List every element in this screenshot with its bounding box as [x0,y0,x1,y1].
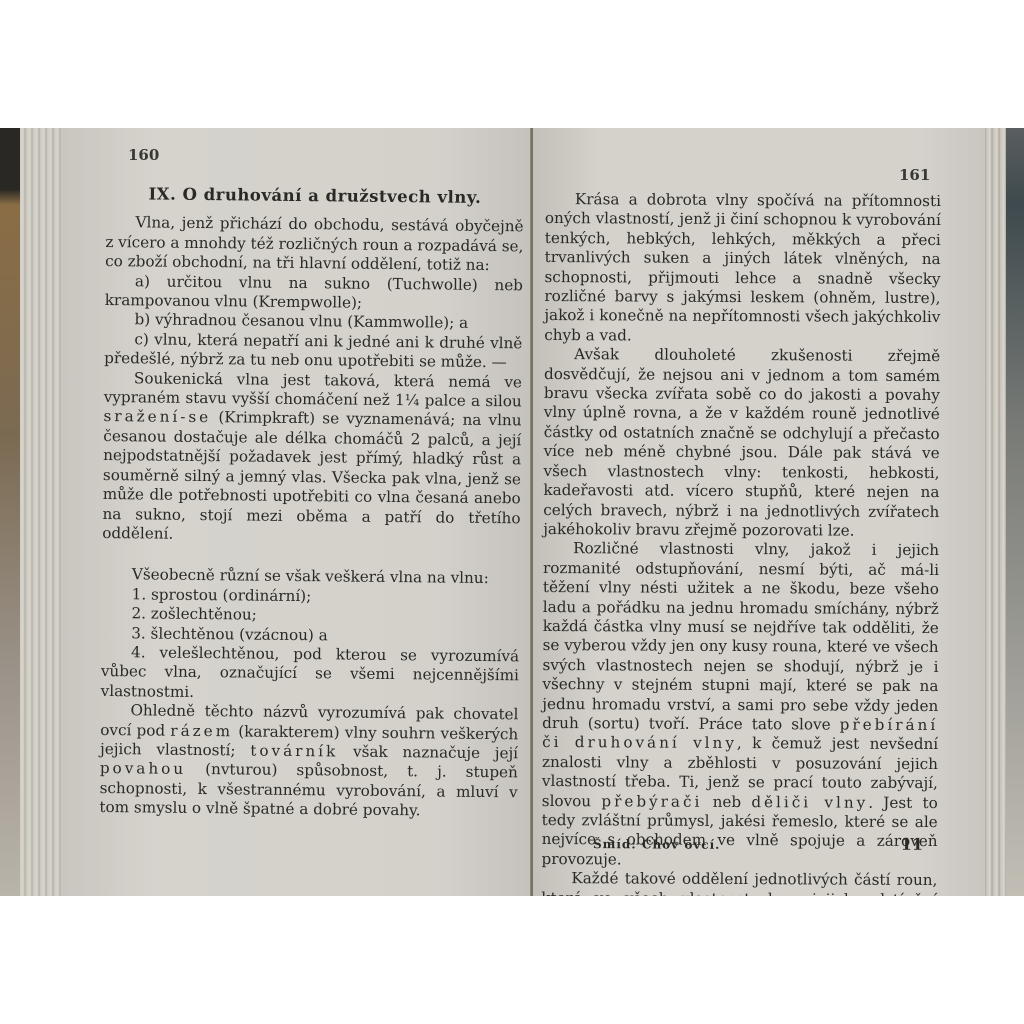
emphasis-term: rázem [170,721,233,740]
emphasis-term: přebýrači [601,792,702,811]
book-photo: 160 IX. O druhování a družstvech vlny. V… [0,128,1024,896]
page-number: 160 [128,146,159,164]
paragraph: Soukenická vlna jest taková, která nemá … [102,369,522,548]
paragraph: Vlna, jenž přichází do obchodu, sestává … [105,213,524,276]
paragraph: Ohledně těchto názvů vyrozumívá pak chov… [99,701,518,822]
chapter-heading: IX. O druhování a družstvech vlny. [106,184,524,208]
list-item: a) určitou vlnu na sukno (Tuchwolle) neb… [105,272,523,315]
left-page-text: IX. O druhování a družstvech vlny. Vlna,… [99,184,524,822]
list-item: 4. velešlechtěnou, pod kterou se vyrozum… [101,643,520,706]
right-page-text: Krása a dobrota vlny spočívá na přítomno… [541,190,941,896]
signature-mark: Šmíd: Chov ovcí. [593,837,720,852]
paragraph: Rozličné vlastnosti vlny, jakož i jejich… [541,539,939,871]
sheet-number: 11 [901,835,923,854]
emphasis-term: továrník [250,742,338,761]
left-page: 160 IX. O druhování a družstvech vlny. V… [62,128,532,896]
paragraph: Krása a dobrota vlny spočívá na přítomno… [544,190,941,347]
emphasis-term: sražení-se [103,407,211,426]
page-footer: Šmíd: Chov ovcí. 11 [593,833,923,854]
paragraph: Avšak dlouholeté zkušenosti zřejmě dosvě… [543,345,940,541]
list-item: c) vlnu, která nepatří ani k jedné ani k… [104,330,522,373]
emphasis-term: děliči vlny [751,793,868,812]
emphasis-term: povahou [100,759,186,778]
right-page: 161 Krása a dobrota vlny spočívá na přít… [533,128,985,896]
paragraph: Každé takové oddělení jednotlivých částí… [541,869,937,896]
page-number: 161 [899,166,930,184]
